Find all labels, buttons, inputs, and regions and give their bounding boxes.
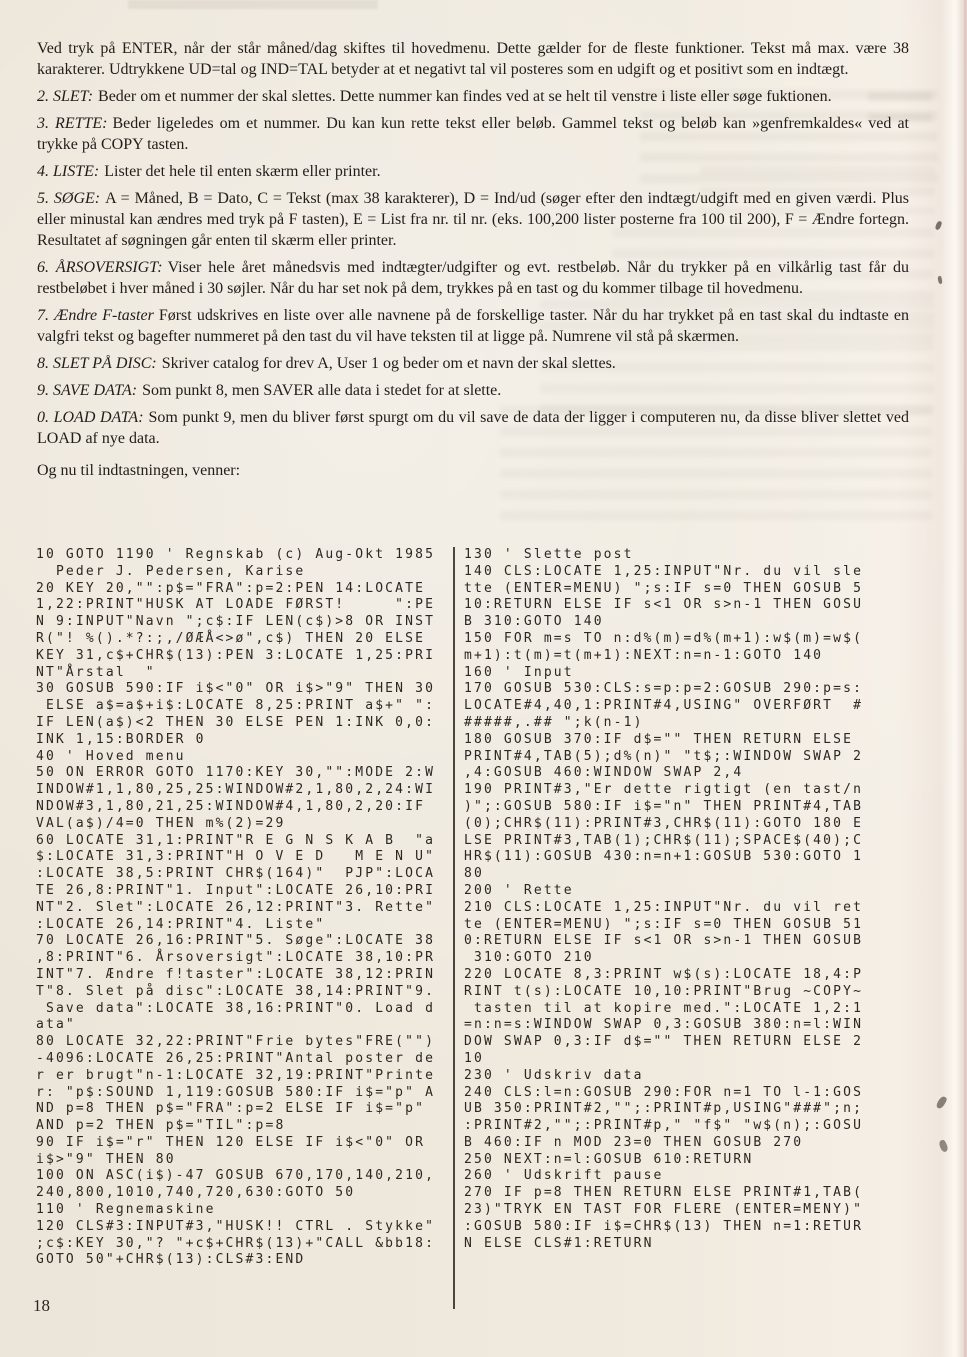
- scan-speck: [935, 1095, 948, 1110]
- code-line: 240 CLS:l=n:GOSUB 290:FOR n=1 TO l-1:GOS: [464, 1085, 936, 1102]
- code-line: ND p=8 THEN p$="FRA":p=2 ELSE IF i$="p": [36, 1101, 453, 1118]
- code-line: 310:GOTO 210: [464, 950, 936, 967]
- function-item-text: Skriver catalog for drev A, User 1 og be…: [162, 355, 616, 372]
- function-item: 8. SLET PÅ DISC:Skriver catalog for drev…: [37, 353, 909, 374]
- code-line: 120 CLS#3:INPUT#3,"HUSK!! CTRL . Stykke": [36, 1219, 453, 1236]
- code-line: te (ENTER=MENU) ";s:IF s=0 THEN GOSUB 51: [464, 917, 936, 934]
- page-edge-shadow: [941, 0, 967, 1357]
- code-line: NT"2. Slet":LOCATE 26,12:PRINT"3. Rette": [36, 900, 453, 917]
- function-item: 4. LISTE:Lister det hele til enten skærm…: [37, 161, 909, 182]
- code-line: ELSE a$=a$+i$:LOCATE 8,25:PRINT a$+" ":: [36, 698, 453, 715]
- code-line: HR$(11):GOSUB 430:n=n+1:GOSUB 530:GOTO 1: [464, 849, 936, 866]
- code-line: 10 GOTO 1190 ' Regnskab (c) Aug-Okt 1985: [36, 547, 453, 564]
- code-line: LOCATE#4,40,1:PRINT#4,USING" OVERFØRT #: [464, 698, 936, 715]
- code-line: i$>"9" THEN 80: [36, 1152, 453, 1169]
- code-line: R("! %().*?:;,/ØÆÅ<>ø",c$) THEN 20 ELSE: [36, 631, 453, 648]
- code-line: 160 ' Input: [464, 665, 936, 682]
- code-line: 270 IF p=8 THEN RETURN ELSE PRINT#1,TAB(: [464, 1185, 936, 1202]
- code-line: 250 NEXT:n=l:GOSUB 610:RETURN: [464, 1152, 936, 1169]
- code-line: 240,800,1010,740,720,630:GOTO 50: [36, 1185, 453, 1202]
- function-item-label: 7. Ændre F-taster: [37, 307, 154, 324]
- page-edge-line: [964, 0, 966, 1357]
- function-item-text: A = Måned, B = Dato, C = Tekst (max 38 k…: [37, 190, 909, 249]
- function-item-text: Viser hele året månedsvis med indtægter/…: [37, 259, 909, 297]
- function-item: 9. SAVE DATA:Som punkt 8, men SAVER alle…: [37, 380, 909, 401]
- code-line: :GOSUB 580:IF i$=CHR$(13) THEN n=1:RETUR: [464, 1219, 936, 1236]
- code-line: VAL(a$)/4=0 THEN m%(2)=29: [36, 816, 453, 833]
- code-line: AND p=2 THEN p$="TIL":p=8: [36, 1118, 453, 1135]
- code-line: 23)"TRYK EN TAST FOR FLERE (ENTER=MENY)": [464, 1202, 936, 1219]
- function-item-label: 8. SLET PÅ DISC:: [37, 355, 157, 372]
- function-item-label: 9. SAVE DATA:: [37, 382, 137, 399]
- code-line: B 460:IF n MOD 23=0 THEN GOSUB 270: [464, 1135, 936, 1152]
- function-item-text: Beder om et nummer der skal slettes. Det…: [98, 88, 832, 105]
- code-line: )";:GOSUB 580:IF i$="n" THEN PRINT#4,TAB: [464, 799, 936, 816]
- code-line: tasten til at kopire med.":LOCATE 1,2:1: [464, 1001, 936, 1018]
- code-line: DOW SWAP 0,3:IF d$="" THEN RETURN ELSE 2: [464, 1034, 936, 1051]
- code-line: $:LOCATE 31,3:PRINT"H O V E D M E N U": [36, 849, 453, 866]
- code-line: 100 ON ASC(i$)-47 GOSUB 670,170,140,210,: [36, 1168, 453, 1185]
- function-item-label: 2. SLET:: [37, 88, 93, 105]
- scan-speck: [938, 1139, 949, 1153]
- code-line: TE 26,8:PRINT"1. Input":LOCATE 26,10:PRI: [36, 883, 453, 900]
- code-line: INK 1,15:BORDER 0: [36, 732, 453, 749]
- code-line: INT"7. Ændre f!taster":LOCATE 38,12:PRIN: [36, 967, 453, 984]
- code-line: 70 LOCATE 26,16:PRINT"5. Søge":LOCATE 38: [36, 933, 453, 950]
- function-item-list: 2. SLET:Beder om et nummer der skal slet…: [37, 86, 909, 449]
- code-line: NDOW#3,1,80,21,25:WINDOW#4,1,80,2,20:IF: [36, 799, 453, 816]
- code-line: 30 GOSUB 590:IF i$<"0" OR i$>"9" THEN 30: [36, 681, 453, 698]
- code-line: N ELSE CLS#1:RETURN: [464, 1236, 936, 1253]
- body-text: Ved tryk på ENTER, når der står måned/da…: [37, 38, 909, 487]
- code-line: B 310:GOTO 140: [464, 614, 936, 631]
- code-line: tte (ENTER=MENU) ";s:IF s=0 THEN GOSUB 5: [464, 581, 936, 598]
- code-line: 200 ' Rette: [464, 883, 936, 900]
- code-line: 110 ' Regnemaskine: [36, 1202, 453, 1219]
- code-line: 40 ' Hoved menu: [36, 749, 453, 766]
- code-line: 60 LOCATE 31,1:PRINT"R E G N S K A B "a: [36, 833, 453, 850]
- function-item-text: Som punkt 9, men du bliver først spurgt …: [37, 409, 909, 447]
- code-line: PRINT#4,TAB(5);d%(n)" "t$;:WINDOW SWAP 2: [464, 749, 936, 766]
- code-line: UB 350:PRINT#2,"";:PRINT#p,USING"###";n;: [464, 1101, 936, 1118]
- function-item-label: 6. ÅRSOVERSIGT:: [37, 259, 163, 276]
- function-item-text: Først udskrives en liste over alle navne…: [37, 307, 909, 345]
- code-line: (0);CHR$(11):PRINT#3,CHR$(11):GOTO 180 E: [464, 816, 936, 833]
- intro-paragraph: Ved tryk på ENTER, når der står måned/da…: [37, 38, 909, 80]
- code-line: 260 ' Udskrift pause: [464, 1168, 936, 1185]
- function-item: 3. RETTE:Beder ligeledes om et nummer. D…: [37, 113, 909, 155]
- scan-speck: [937, 276, 943, 285]
- code-line: 210 CLS:LOCATE 1,25:INPUT"Nr. du vil ret: [464, 900, 936, 917]
- code-line: 130 ' Slette post: [464, 547, 936, 564]
- lead-in-line: Og nu til indtastningen, venner:: [37, 460, 909, 481]
- page-number: 18: [33, 1296, 50, 1316]
- function-item: 7. Ændre F-tasterFørst udskrives en list…: [37, 305, 909, 347]
- function-item-text: Beder ligeledes om et nummer. Du kan kun…: [37, 115, 909, 153]
- code-line: T"8. Slet på disc":LOCATE 38,14:PRINT"9.: [36, 984, 453, 1001]
- code-line: 80: [464, 866, 936, 883]
- code-line: r er brugt"n-1:LOCATE 32,19:PRINT"Printe: [36, 1068, 453, 1085]
- code-line: Peder J. Pedersen, Karise: [36, 564, 453, 581]
- code-line: KEY 31,c$+CHR$(13):PEN 3:LOCATE 1,25:PRI: [36, 648, 453, 665]
- code-line: 90 IF i$="r" THEN 120 ELSE IF i$<"0" OR: [36, 1135, 453, 1152]
- code-line: 140 CLS:LOCATE 1,25:INPUT"Nr. du vil sle: [464, 564, 936, 581]
- code-line: :LOCATE 38,5:PRINT CHR$(164)" PJP":LOCA: [36, 866, 453, 883]
- code-line: 220 LOCATE 8,3:PRINT w$(s):LOCATE 18,4:P: [464, 967, 936, 984]
- function-item-label: 0. LOAD DATA:: [37, 409, 144, 426]
- code-line: =n:n=s:WINDOW SWAP 0,3:GOSUB 380:n=l:WIN: [464, 1017, 936, 1034]
- code-line: 50 ON ERROR GOTO 1170:KEY 30,"":MODE 2:W: [36, 765, 453, 782]
- code-line: 180 GOSUB 370:IF d$="" THEN RETURN ELSE: [464, 732, 936, 749]
- code-line: Save data":LOCATE 38,16:PRINT"0. Load d: [36, 1001, 453, 1018]
- code-line: N 9:INPUT"Navn ";c$:IF LEN(c$)>8 OR INST: [36, 614, 453, 631]
- code-line: LSE PRINT#3,TAB(1);CHR$(11);SPACE$(40);C: [464, 833, 936, 850]
- code-line: -4096:LOCATE 26,25:PRINT"Antal poster de: [36, 1051, 453, 1068]
- code-line: NT"Årstal ": [36, 665, 453, 682]
- code-line: 1,22:PRINT"HUSK AT LOADE FØRST! ":PE: [36, 597, 453, 614]
- code-line: IF LEN(a$)<2 THEN 30 ELSE PEN 1:INK 0,0:: [36, 715, 453, 732]
- code-line: 10:RETURN ELSE IF s<1 OR s>n-1 THEN GOSU: [464, 597, 936, 614]
- code-line: 190 PRINT#3,"Er dette rigtigt (en tast/n: [464, 782, 936, 799]
- scanned-page: Ved tryk på ENTER, når der står måned/da…: [0, 0, 967, 1357]
- code-line: ;c$:KEY 30,"? "+c$+CHR$(13)+"CALL &bb18:: [36, 1236, 453, 1253]
- function-item-text: Lister det hele til enten skærm eller pr…: [104, 163, 380, 180]
- code-line: ata": [36, 1017, 453, 1034]
- code-line: r: "p$:SOUND 1,119:GOSUB 580:IF i$="p" A: [36, 1085, 453, 1102]
- code-line: ,4:GOSUB 460:WINDOW SWAP 2,4: [464, 765, 936, 782]
- function-item-label: 5. SØGE:: [37, 190, 100, 207]
- code-line: 230 ' Udskriv data: [464, 1068, 936, 1085]
- code-line: 80 LOCATE 32,22:PRINT"Frie bytes"FRE(""): [36, 1034, 453, 1051]
- function-item: 6. ÅRSOVERSIGT:Viser hele året månedsvis…: [37, 257, 909, 299]
- code-column-left: 10 GOTO 1190 ' Regnskab (c) Aug-Okt 1985…: [36, 547, 453, 1309]
- code-line: ,8:PRINT"6. Årsoversigt":LOCATE 38,10:PR: [36, 950, 453, 967]
- function-item: 0. LOAD DATA:Som punkt 9, men du bliver …: [37, 407, 909, 449]
- code-line: :LOCATE 26,14:PRINT"4. Liste": [36, 917, 453, 934]
- function-item-label: 4. LISTE:: [37, 163, 99, 180]
- function-item-text: Som punkt 8, men SAVER alle data i stede…: [142, 382, 501, 399]
- code-line: #####,.## ";k(n-1): [464, 715, 936, 732]
- code-line: RINT t(s):LOCATE 10,10:PRINT"Brug ~COPY~: [464, 984, 936, 1001]
- function-item: 2. SLET:Beder om et nummer der skal slet…: [37, 86, 909, 107]
- code-line: 170 GOSUB 530:CLS:s=p:p=2:GOSUB 290:p=s:: [464, 681, 936, 698]
- code-line: 10: [464, 1051, 936, 1068]
- code-line: :PRINT#2,"";:PRINT#p," "f$" "w$(n);:GOSU: [464, 1118, 936, 1135]
- code-line: m+1):t(m)=t(m+1):NEXT:n=n-1:GOTO 140: [464, 648, 936, 665]
- code-line: 0:RETURN ELSE IF s<1 OR s>n-1 THEN GOSUB: [464, 933, 936, 950]
- code-line: 150 FOR m=s TO n:d%(m)=d%(m+1):w$(m)=w$(: [464, 631, 936, 648]
- code-listing: 10 GOTO 1190 ' Regnskab (c) Aug-Okt 1985…: [36, 547, 936, 1309]
- scan-speck: [935, 220, 943, 230]
- function-item: 5. SØGE:A = Måned, B = Dato, C = Tekst (…: [37, 188, 909, 251]
- code-line: 20 KEY 20,"":p$="FRA":p=2:PEN 14:LOCATE: [36, 581, 453, 598]
- code-line: INDOW#1,1,80,25,25:WINDOW#2,1,80,2,24:WI: [36, 782, 453, 799]
- bleed-through-smudge: [128, 0, 378, 12]
- function-item-label: 3. RETTE:: [37, 115, 108, 132]
- code-column-right: 130 ' Slette post140 CLS:LOCATE 1,25:INP…: [453, 547, 936, 1309]
- code-line: GOTO 50"+CHR$(13):CLS#3:END: [36, 1252, 453, 1269]
